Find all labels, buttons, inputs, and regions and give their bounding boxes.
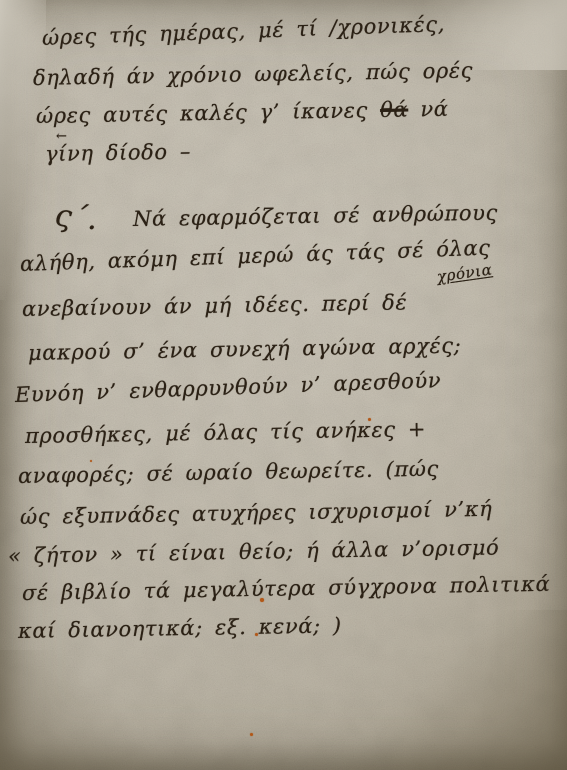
handwriting-line: δηλαδή άν χρόνιο ωφελείς, πώς ορές <box>33 58 473 90</box>
handwriting-line: καί διανοητικά; εξ. κενά; ) <box>18 613 342 643</box>
handwriting-line: ώς εξυπνάδες ατυχήρες ισχυρισμοί ν’κή <box>20 497 493 529</box>
handwriting-line: σέ βιβλίο τά μεγαλύτερα σύγχρονα πολιτικ… <box>22 572 551 605</box>
handwriting-layer: ώρες τής ημέρας, μέ τί /χρονικές,δηλαδή … <box>0 0 567 770</box>
handwritten-text: σέ βιβλίο τά μεγαλύτερα σύγχρονα πολιτικ… <box>22 572 551 605</box>
handwritten-text: ← <box>56 129 68 144</box>
handwriting-line: αναφορές; σέ ωραίο θεωρείτε. (πώς <box>18 457 439 488</box>
handwritten-text: Ευνόη ν’ ενθαρρυνθούν ν’ αρεσθούν <box>15 368 442 407</box>
handwriting-line: προσθήκες, μέ όλας τίς ανήκες + <box>25 417 427 448</box>
handwritten-text: αναφορές; σέ ωραίο θεωρείτε. (πώς <box>18 457 439 488</box>
handwriting-line: μακρού σ’ ένα συνεχή αγώνα αρχές; <box>28 333 462 365</box>
handwriting-line: Νά εφαρμόζεται σέ ανθρώπους <box>133 201 498 231</box>
foxing-spot <box>255 633 258 636</box>
foxing-spot <box>90 460 92 462</box>
handwritten-text: αλήθη, ακόμη επί μερώ άς τάς σέ όλας <box>20 236 491 276</box>
handwritten-text: ανεβαίνουν άν μή ιδέες. περί δέ <box>22 290 408 321</box>
handwritten-text: μακρού σ’ ένα συνεχή αγώνα αρχές; <box>28 333 462 365</box>
handwriting-line: αλήθη, ακόμη επί μερώ άς τάς σέ όλας <box>20 236 491 276</box>
handwritten-text: χρόνια <box>436 260 494 286</box>
handwritten-text: νά <box>408 97 449 122</box>
handwriting-line: « ζήτον » τί είναι θείο; ή άλλα ν’ορισμό <box>8 535 500 568</box>
handwritten-text: προσθήκες, μέ όλας τίς ανήκες + <box>25 417 427 448</box>
handwritten-text: δηλαδή άν χρόνιο ωφελείς, πώς ορές <box>33 58 473 90</box>
handwriting-line: ώρες τής ημέρας, μέ τί /χρονικές, <box>42 12 446 50</box>
handwritten-text: Νά εφαρμόζεται σέ ανθρώπους <box>133 201 498 231</box>
foxing-spot <box>260 598 264 602</box>
handwritten-text: « ζήτον » τί είναι θείο; ή άλλα ν’ορισμό <box>8 535 500 568</box>
handwritten-text: καί διανοητικά; εξ. κενά; ) <box>18 613 342 643</box>
insertion-caret-mark: ← <box>56 129 68 144</box>
inserted-word: χρόνια <box>436 260 494 286</box>
handwriting-line: ώρες αυτές καλές γ’ ίκανες θά νά <box>36 97 449 128</box>
handwritten-text: ώς εξυπνάδες ατυχήρες ισχυρισμοί ν’κή <box>20 497 493 529</box>
handwritten-text: ώρες τής ημέρας, μέ τί /χρονικές, <box>42 12 446 50</box>
manuscript-page: ώρες τής ημέρας, μέ τί /χρονικές,δηλαδή … <box>0 0 567 770</box>
foxing-spot <box>250 733 253 736</box>
handwritten-text: ς΄. <box>53 198 100 237</box>
struck-word: θά <box>380 98 408 122</box>
section-marker: ς΄. <box>53 198 100 237</box>
handwriting-line: Ευνόη ν’ ενθαρρυνθούν ν’ αρεσθούν <box>15 368 442 407</box>
handwriting-line: ανεβαίνουν άν μή ιδέες. περί δέ <box>22 290 408 321</box>
handwritten-text: ώρες αυτές καλές γ’ ίκανες <box>36 98 381 128</box>
foxing-spot <box>368 418 371 421</box>
